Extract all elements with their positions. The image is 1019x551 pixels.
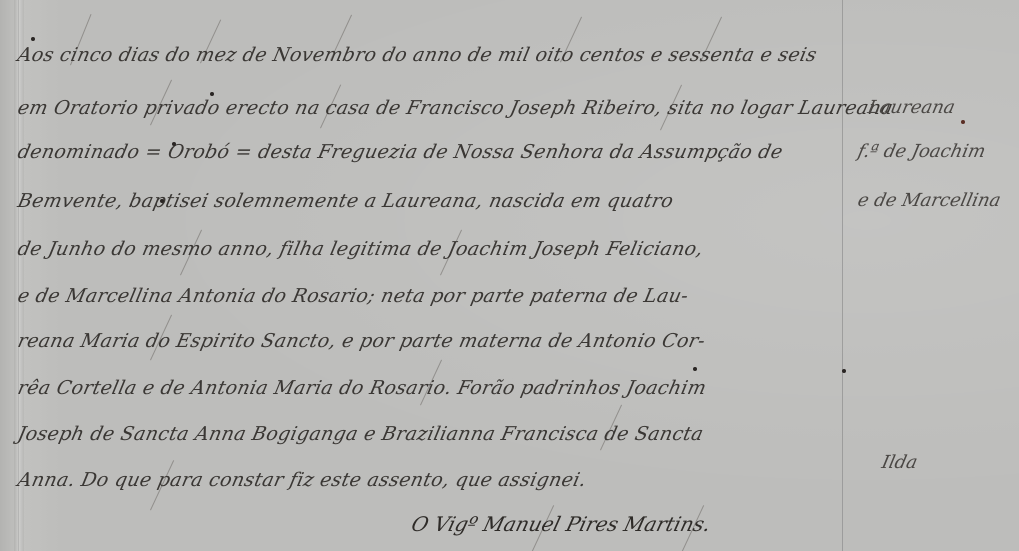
ink-spot: [210, 92, 214, 96]
ink-spot: [842, 369, 846, 373]
margin-rule: [842, 0, 843, 551]
record-line-9: Joseph de Sancta Anna Bogiganga e Brazil…: [16, 423, 706, 445]
margin-note-name: Laureana: [866, 97, 957, 118]
ink-spot: [693, 367, 697, 371]
margin-note-initials: Ilda: [880, 452, 920, 473]
record-line-6: e de Marcellina Antonia do Rosario; neta…: [16, 285, 691, 307]
record-line-8: rêa Cortella e de Antonia Maria do Rosar…: [16, 377, 709, 399]
record-line-2: em Oratorio privado erecto na casa de Fr…: [16, 97, 895, 119]
ink-spot: [31, 37, 35, 41]
record-line-1: Aos cinco dias do mez de Novembro do ann…: [16, 44, 819, 66]
margin-note-mother: e de Marcellina: [856, 190, 1003, 211]
record-line-7: reana Maria do Espirito Sancto, e por pa…: [16, 330, 708, 352]
record-line-10: Anna. Do que para constar fiz este assen…: [16, 469, 589, 491]
left-margin-rule: [18, 0, 19, 551]
record-line-4: Bemvente, baptisei solemnemente a Laurea…: [16, 190, 676, 212]
document-page: Aos cinco dias do mez de Novembro do ann…: [0, 0, 1019, 551]
priest-signature: O Vigº Manuel Pires Martins.: [409, 512, 713, 536]
margin-note-father: f.ª de Joachim: [856, 141, 988, 162]
ink-spot: [172, 142, 176, 146]
ink-spot: [961, 120, 965, 124]
ink-spot: [160, 199, 164, 203]
record-line-3: denominado = Orobó = desta Freguezia de …: [16, 141, 785, 163]
record-line-5: de Junho do mesmo anno, filha legitima d…: [16, 238, 706, 260]
